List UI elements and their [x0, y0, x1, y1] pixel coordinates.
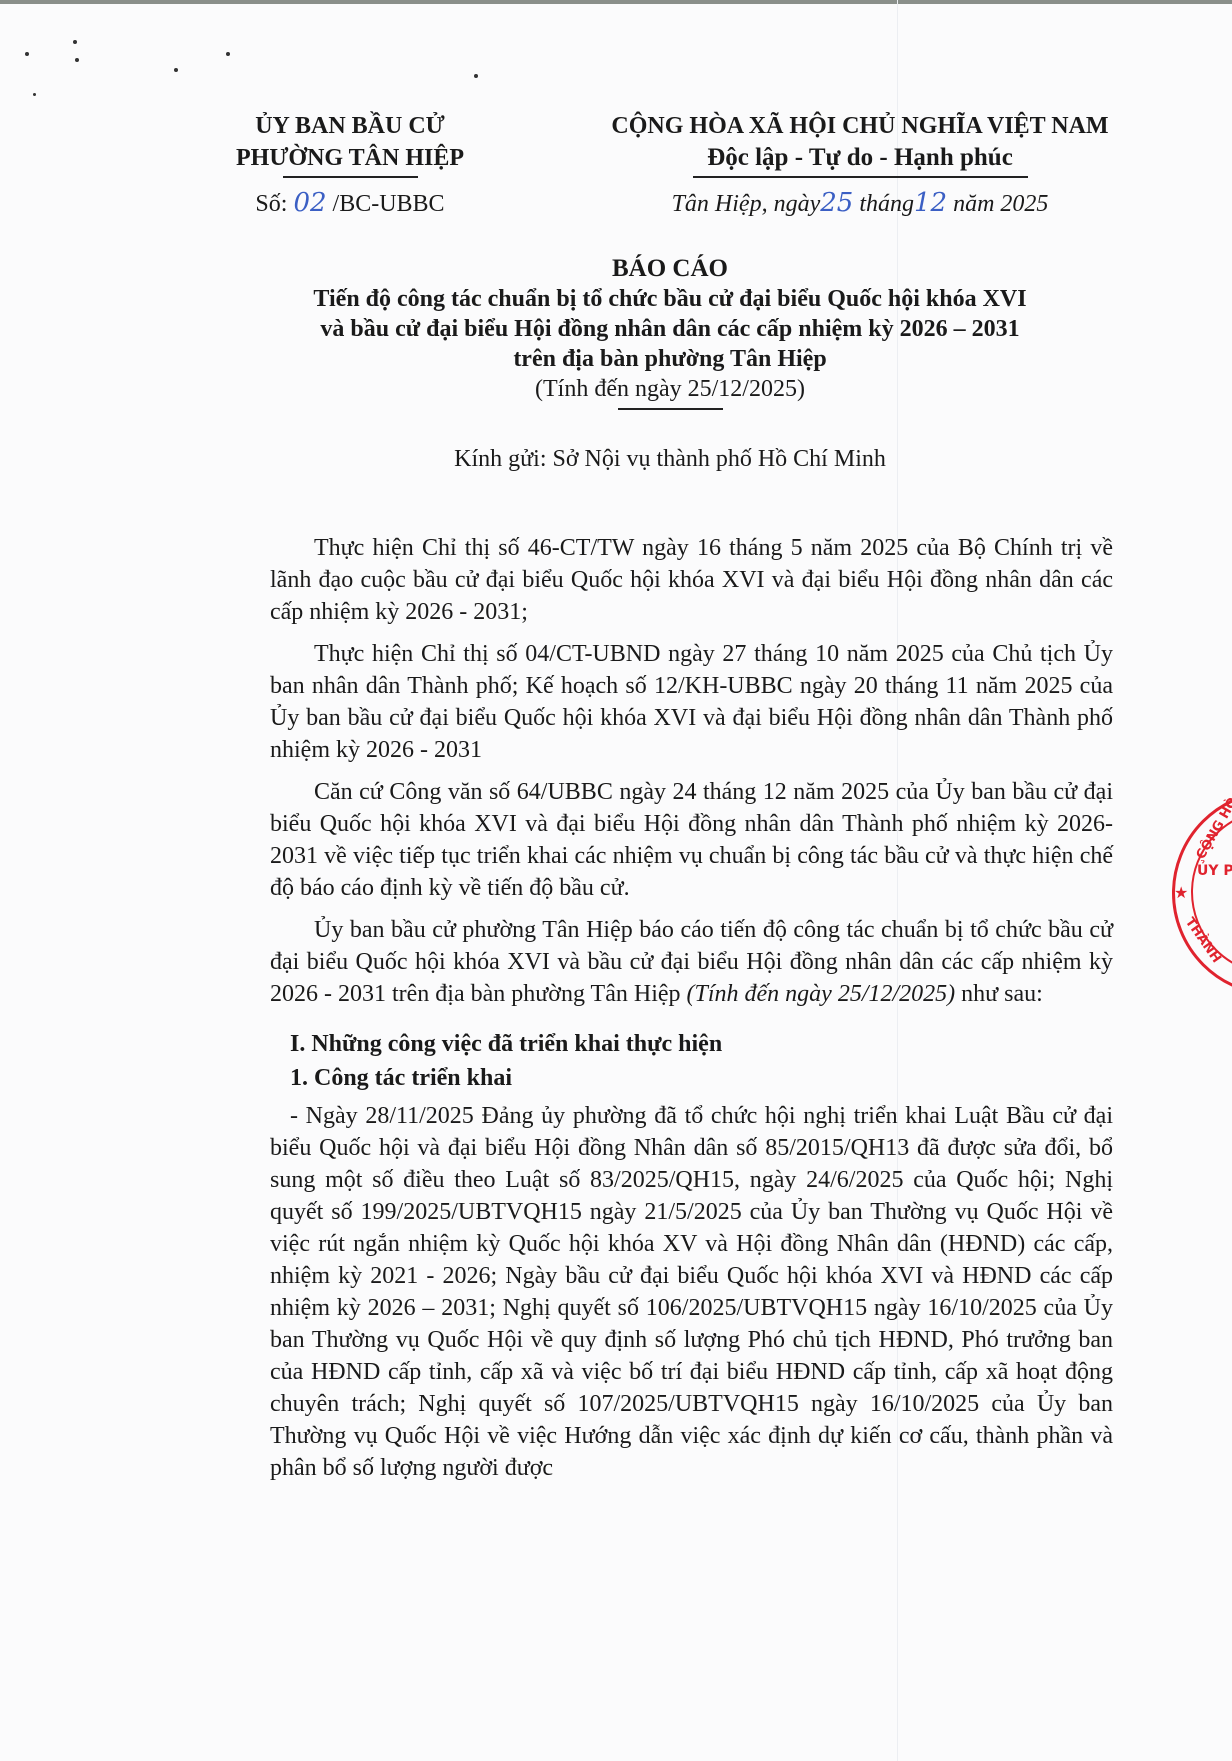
- authority-underline: [283, 176, 418, 178]
- report-title-line3: trên địa bàn phường Tân Hiệp: [260, 344, 1080, 374]
- motto-underline: [693, 176, 1028, 178]
- nation-name: CỘNG HÒA XÃ HỘI CHỦ NGHĨA VIỆT NAM: [580, 110, 1140, 142]
- national-heading-block: CỘNG HÒA XÃ HỘI CHỦ NGHĨA VIỆT NAM Độc l…: [580, 110, 1140, 218]
- date-month-label: tháng: [853, 191, 914, 217]
- report-as-of-date: (Tính đến ngày 25/12/2025): [260, 374, 1080, 404]
- authority-name-line2: PHƯỜNG TÂN HIỆP: [200, 142, 500, 174]
- title-underline: [618, 408, 723, 410]
- issuing-authority-block: ỦY BAN BẦU CỬ PHƯỜNG TÂN HIỆP Số: 02 /BC…: [200, 110, 500, 218]
- report-title-line2: và bầu cử đại biểu Hội đồng nhân dân các…: [260, 314, 1080, 344]
- scan-speck: [474, 74, 478, 78]
- paragraph-implementation: - Ngày 28/11/2025 Đảng ủy phường đã tổ c…: [270, 1100, 1113, 1484]
- date-place: Tân Hiệp, ngày: [672, 191, 821, 217]
- paragraph-official-letter-64: Căn cứ Công văn số 64/UBBC ngày 24 tháng…: [270, 776, 1113, 904]
- paragraph-directive-04: Thực hiện Chỉ thị số 04/CT-UBND ngày 27 …: [270, 638, 1113, 766]
- document-date: Tân Hiệp, ngày25 tháng12 năm 2025: [580, 188, 1140, 218]
- scan-speck: [73, 40, 77, 44]
- document-number-prefix: Số:: [255, 191, 293, 217]
- report-title-line1: Tiến độ công tác chuẩn bị tổ chức bầu cử…: [260, 284, 1080, 314]
- report-title-block: BÁO CÁO Tiến độ công tác chuẩn bị tổ chứ…: [260, 254, 1080, 410]
- document-number: Số: 02 /BC-UBBC: [200, 188, 500, 218]
- recipient-line: Kính gửi: Sở Nội vụ thành phố Hồ Chí Min…: [260, 446, 1080, 473]
- date-month-handwritten: 12: [914, 188, 947, 218]
- scan-top-edge: [0, 0, 1232, 4]
- paragraph-directive-46: Thực hiện Chỉ thị số 46-CT/TW ngày 16 th…: [270, 532, 1113, 628]
- intro-end: như sau:: [955, 981, 1043, 1007]
- seal-star-icon: ★: [1174, 883, 1188, 902]
- date-day-handwritten: 25: [820, 188, 853, 218]
- date-year: năm 2025: [947, 191, 1048, 217]
- authority-name-line1: ỦY BAN BẦU CỬ: [200, 110, 500, 142]
- paragraph-report-intro: Ủy ban bầu cử phường Tân Hiệp báo cáo ti…: [270, 914, 1113, 1010]
- scan-speck: [75, 58, 79, 62]
- scan-speck: [33, 93, 36, 96]
- section-heading-1: I. Những công việc đã triển khai thực hi…: [270, 1028, 1113, 1060]
- document-number-handwritten: 02: [293, 188, 326, 218]
- report-body: Thực hiện Chỉ thị số 46-CT/TW ngày 16 th…: [270, 532, 1113, 1494]
- scan-speck: [25, 52, 29, 56]
- subsection-heading-1-1: 1. Công tác triển khai: [270, 1062, 1113, 1094]
- report-type: BÁO CÁO: [260, 254, 1080, 284]
- document-number-suffix: /BC-UBBC: [327, 191, 445, 217]
- intro-as-of-date: (Tính đến ngày 25/12/2025): [687, 981, 956, 1007]
- scan-speck: [226, 52, 230, 56]
- seal-inner-text: ỦY PH: [1197, 863, 1232, 879]
- official-red-seal: ★ CỘNG HÒ ỦY PH THÀNH: [1172, 790, 1232, 996]
- scan-speck: [174, 68, 178, 72]
- national-motto: Độc lập - Tự do - Hạnh phúc: [580, 142, 1140, 174]
